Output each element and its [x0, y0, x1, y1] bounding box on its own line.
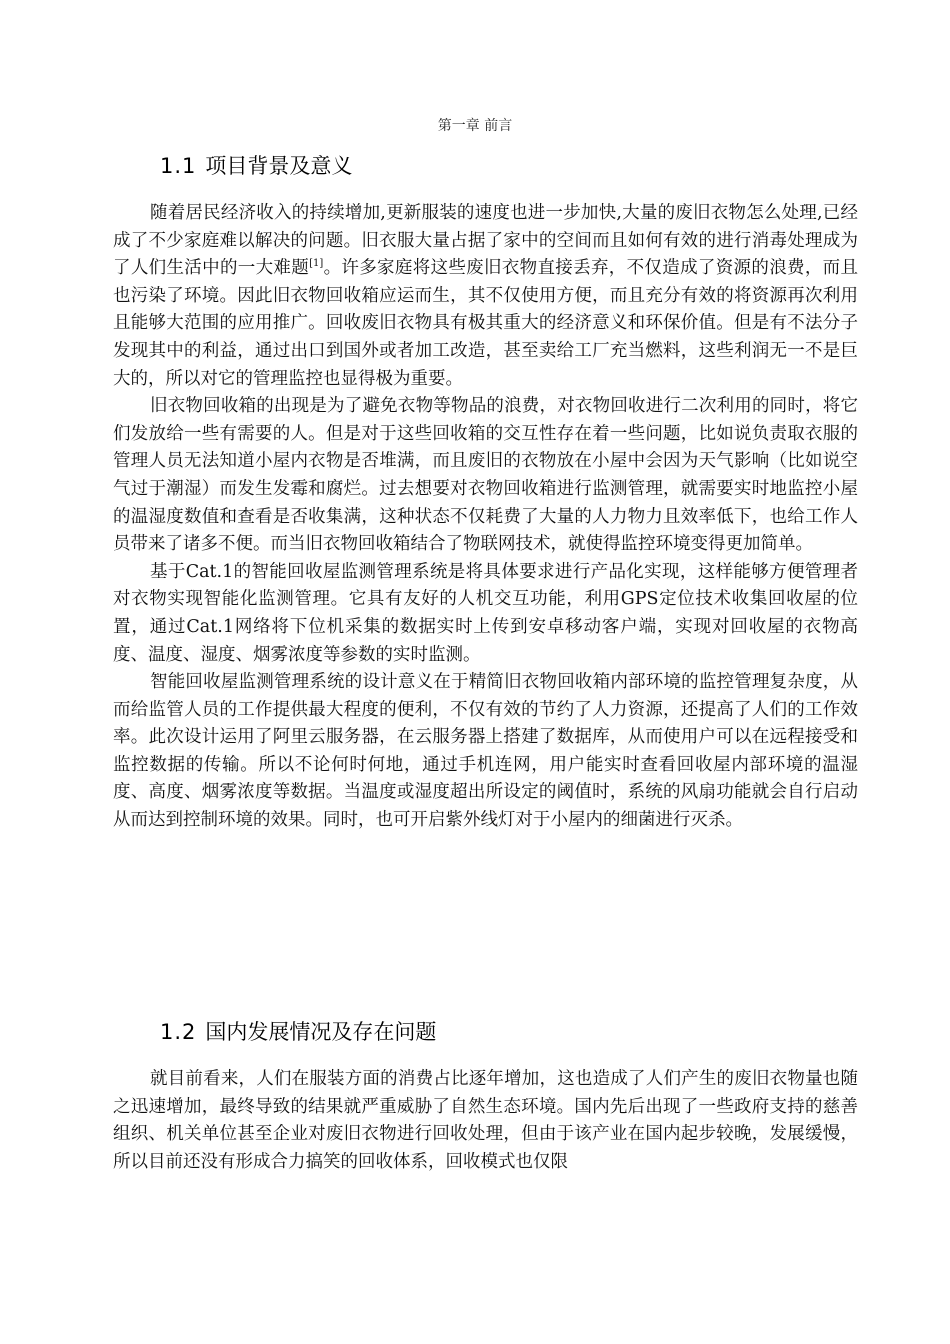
citation-marker: [1]	[309, 258, 323, 269]
section-1-2-body: 就目前看来，人们在服装方面的消费占比逐年增加，这也造成了人们产生的废旧衣物量也随…	[113, 1066, 858, 1176]
section-title: 国内发展情况及存在问题	[205, 1020, 436, 1044]
paragraph: 就目前看来，人们在服装方面的消费占比逐年增加，这也造成了人们产生的废旧衣物量也随…	[113, 1066, 858, 1176]
chapter-title: 第一章 前言	[0, 116, 950, 136]
section-number: 1.2	[160, 1020, 196, 1044]
section-number: 1.1	[160, 154, 196, 178]
document-page: 第一章 前言 1.1项目背景及意义 随着居民经济收入的持续增加,更新服装的速度也…	[0, 0, 950, 1344]
section-title: 项目背景及意义	[205, 154, 352, 178]
section-1-1-body: 随着居民经济收入的持续增加,更新服装的速度也进一步加快,大量的废旧衣物怎么处理,…	[113, 200, 858, 835]
paragraph: 旧衣物回收箱的出现是为了避免衣物等物品的浪费，对衣物回收进行二次利用的同时，将它…	[113, 393, 858, 559]
paragraph: 随着居民经济收入的持续增加,更新服装的速度也进一步加快,大量的废旧衣物怎么处理,…	[113, 200, 858, 393]
paragraph: 智能回收屋监测管理系统的设计意义在于精简旧衣物回收箱内部环境的监控管理复杂度，从…	[113, 669, 858, 835]
section-heading-1-1: 1.1项目背景及意义	[160, 151, 352, 181]
paragraph: 基于Cat.1的智能回收屋监测管理系统是将具体要求进行产品化实现，这样能够方便管…	[113, 559, 858, 669]
section-heading-1-2: 1.2国内发展情况及存在问题	[160, 1017, 436, 1047]
